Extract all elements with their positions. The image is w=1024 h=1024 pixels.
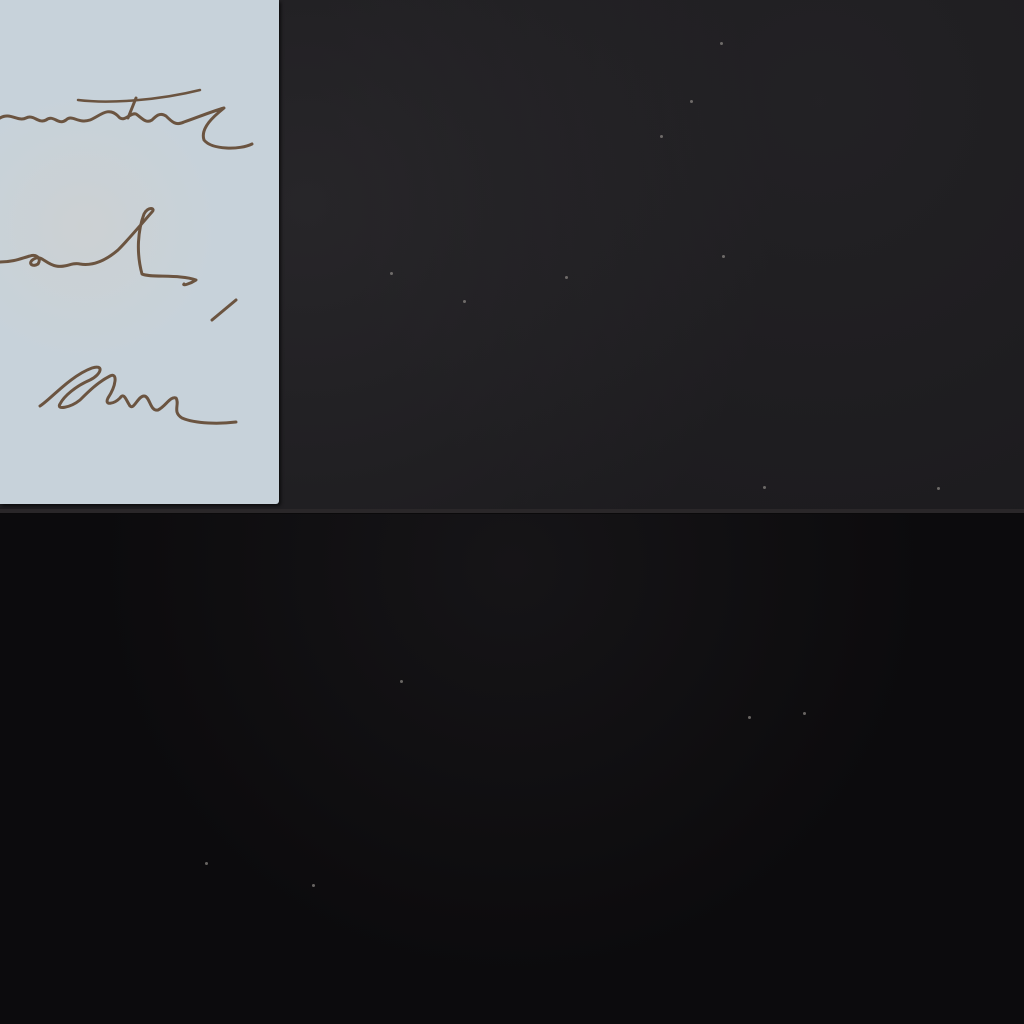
lint-speck xyxy=(748,716,751,719)
photo-scene: …urtrell …ands, / Chase xyxy=(0,0,1024,1024)
lint-speck xyxy=(390,272,393,275)
lint-speck xyxy=(763,486,766,489)
black-felt-lower-background xyxy=(0,514,1024,1024)
felt-seam-line xyxy=(0,509,1024,513)
lint-speck xyxy=(690,100,693,103)
lint-speck xyxy=(937,487,940,490)
handwriting-ink xyxy=(0,0,279,504)
lint-speck xyxy=(205,862,208,865)
lint-speck xyxy=(722,255,725,258)
lint-speck xyxy=(720,42,723,45)
handwritten-paper-fragment xyxy=(0,0,279,504)
lint-speck xyxy=(660,135,663,138)
lint-speck xyxy=(803,712,806,715)
lint-speck xyxy=(312,884,315,887)
lint-speck xyxy=(565,276,568,279)
lint-speck xyxy=(400,680,403,683)
lint-speck xyxy=(463,300,466,303)
